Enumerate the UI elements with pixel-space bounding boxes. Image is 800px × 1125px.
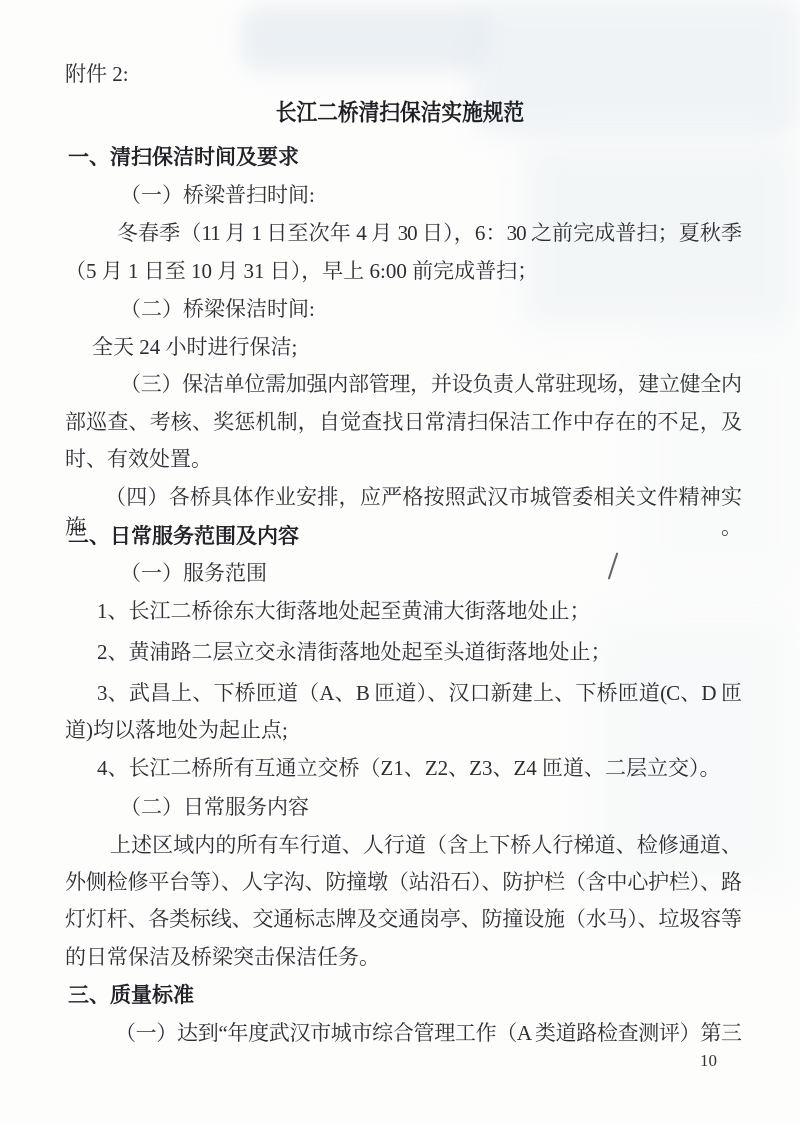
doc-line: 外侧检修平台等）、人字沟、防撞墩（站沿石）、防护栏（含中心护栏）、路 xyxy=(65,867,741,897)
doc-line: 时、有效处置。 xyxy=(65,444,741,474)
doc-line: （5 月 1 日至 10 月 31 日），早上 6:00 前完成普扫； xyxy=(65,256,741,286)
section-heading-2: 二、日常服务范围及内容 xyxy=(68,521,744,551)
attachment-label: 附件 2: xyxy=(65,59,741,89)
doc-line: 的日常保洁及桥梁突击保洁任务。 xyxy=(65,942,741,972)
doc-line: 上述区域内的所有车行道、人行道（含上下桥人行梯道、检修通道、 xyxy=(65,830,741,860)
doc-line: （二）日常服务内容 xyxy=(65,792,741,822)
doc-line: （一）桥梁普扫时间: xyxy=(65,180,741,210)
doc-line: 灯灯杆、各类标线、交通标志牌及交通岗亭、防撞设施（水马）、垃圾容等 xyxy=(65,904,741,934)
doc-line: 1、长江二桥徐东大街落地处起至黄浦大街落地处止； xyxy=(65,596,741,626)
doc-line: （四）各桥具体作业安排，应严格按照武汉市城管委相关文件精神实施。 xyxy=(65,482,741,512)
doc-line: 部巡查、考核、奖惩机制，自觉查找日常清扫保洁工作中存在的不足，及 xyxy=(65,407,741,437)
doc-line: （三）保洁单位需加强内部管理，并设负责人常驻现场，建立健全内 xyxy=(65,369,741,399)
scanned-page: 附件 2: 长江二桥清扫保洁实施规范 一、清扫保洁时间及要求 （一）桥梁普扫时间… xyxy=(0,0,800,1125)
doc-line: （一）达到“年度武汉市城市综合管理工作（A 类道路检查测评）第三 xyxy=(65,1018,741,1048)
doc-line: 4、长江二桥所有互通立交桥（Z1、Z2、Z3、Z4 匝道、二层立交）。 xyxy=(65,753,741,783)
doc-line: 2、黄浦路二层立交永清街落地处起至头道街落地处止； xyxy=(65,637,741,667)
section-heading-1: 一、清扫保洁时间及要求 xyxy=(68,142,744,172)
doc-line: 道)均以落地处为起止点; xyxy=(65,715,741,745)
doc-line: （二）桥梁保洁时间: xyxy=(65,294,741,324)
doc-line: （一）服务范围 xyxy=(65,558,741,588)
doc-line: 冬春季（11 月 1 日至次年 4 月 30 日），6：30 之前完成普扫；夏秋… xyxy=(65,218,741,248)
doc-line: 全天 24 小时进行保洁; xyxy=(65,332,741,362)
page-number: 10 xyxy=(700,1050,740,1072)
section-heading-3: 三、质量标准 xyxy=(68,980,744,1010)
doc-line: 3、武昌上、下桥匝道（A、B 匝道）、汉口新建上、下桥匝道(C、D 匝 xyxy=(65,678,741,708)
document-title: 长江二桥清扫保洁实施规范 xyxy=(40,97,760,129)
